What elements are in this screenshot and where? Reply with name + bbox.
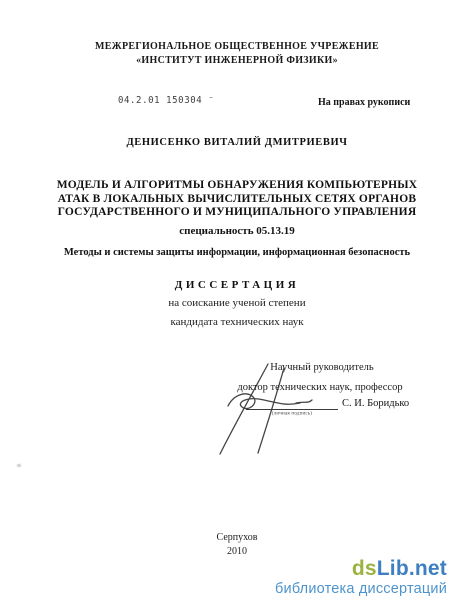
title-line-1: МОДЕЛЬ И АЛГОРИТМЫ ОБНАРУЖЕНИЯ КОМПЬЮТЕР… <box>24 179 450 193</box>
dissertation-heading: ДИССЕРТАЦИЯ <box>24 279 450 291</box>
dslib-logo-libnet: Lib.net <box>377 557 447 580</box>
organization-name-line2: «ИНСТИТУТ ИНЖЕНЕРНОЙ ФИЗИКИ» <box>24 54 450 68</box>
scan-artifact-dot <box>17 464 21 467</box>
author-name: ДЕНИСЕНКО ВИТАЛИЙ ДМИТРИЕВИЧ <box>24 137 450 148</box>
city: Серпухов <box>24 531 450 545</box>
dslib-logo-ds: ds <box>352 557 377 580</box>
degree-sought-line1: на соискание ученой степени <box>24 297 450 309</box>
dslib-logo: dsLib.net <box>275 558 447 579</box>
field-of-science: Методы и системы защиты информации, инфо… <box>24 247 450 258</box>
title-line-3: ГОСУДАРСТВЕННОГО И МУНИЦИПАЛЬНОГО УПРАВЛ… <box>24 206 450 220</box>
supervisor-role: Научный руководитель <box>237 362 407 373</box>
organization-name-line1: МЕЖРЕГИОНАЛЬНОЕ ОБЩЕСТВЕННОЕ УЧРЕЖЕНИЕ <box>24 40 450 54</box>
supervisor-name: С. И. Боридько <box>342 398 409 409</box>
degree-sought-line2: кандидата технических наук <box>24 316 450 328</box>
specialty-code: специальность 05.13.19 <box>24 225 450 237</box>
signature-caption: (личная подпись) <box>253 411 331 416</box>
signature-line <box>246 409 338 410</box>
library-stamp-number: 04.2.01 150304 ⁻ <box>118 96 214 107</box>
footer-imprint: Серпухов 2010 <box>24 531 450 559</box>
dissertation-title-page: МЕЖРЕГИОНАЛЬНОЕ ОБЩЕСТВЕННОЕ УЧРЕЖЕНИЕ «… <box>0 0 450 608</box>
title-line-2: АТАК В ЛОКАЛЬНЫХ ВЫЧИСЛИТЕЛЬНЫХ СЕТЯХ ОР… <box>24 193 450 207</box>
dslib-watermark: dsLib.net библиотека диссертаций <box>275 558 447 597</box>
supervisor-degree: доктор технических наук, профессор <box>227 382 413 393</box>
dslib-subtitle: библиотека диссертаций <box>275 582 447 597</box>
dissertation-title: МОДЕЛЬ И АЛГОРИТМЫ ОБНАРУЖЕНИЯ КОМПЬЮТЕР… <box>24 179 450 220</box>
manuscript-rights-note: На правах рукописи <box>318 97 410 108</box>
